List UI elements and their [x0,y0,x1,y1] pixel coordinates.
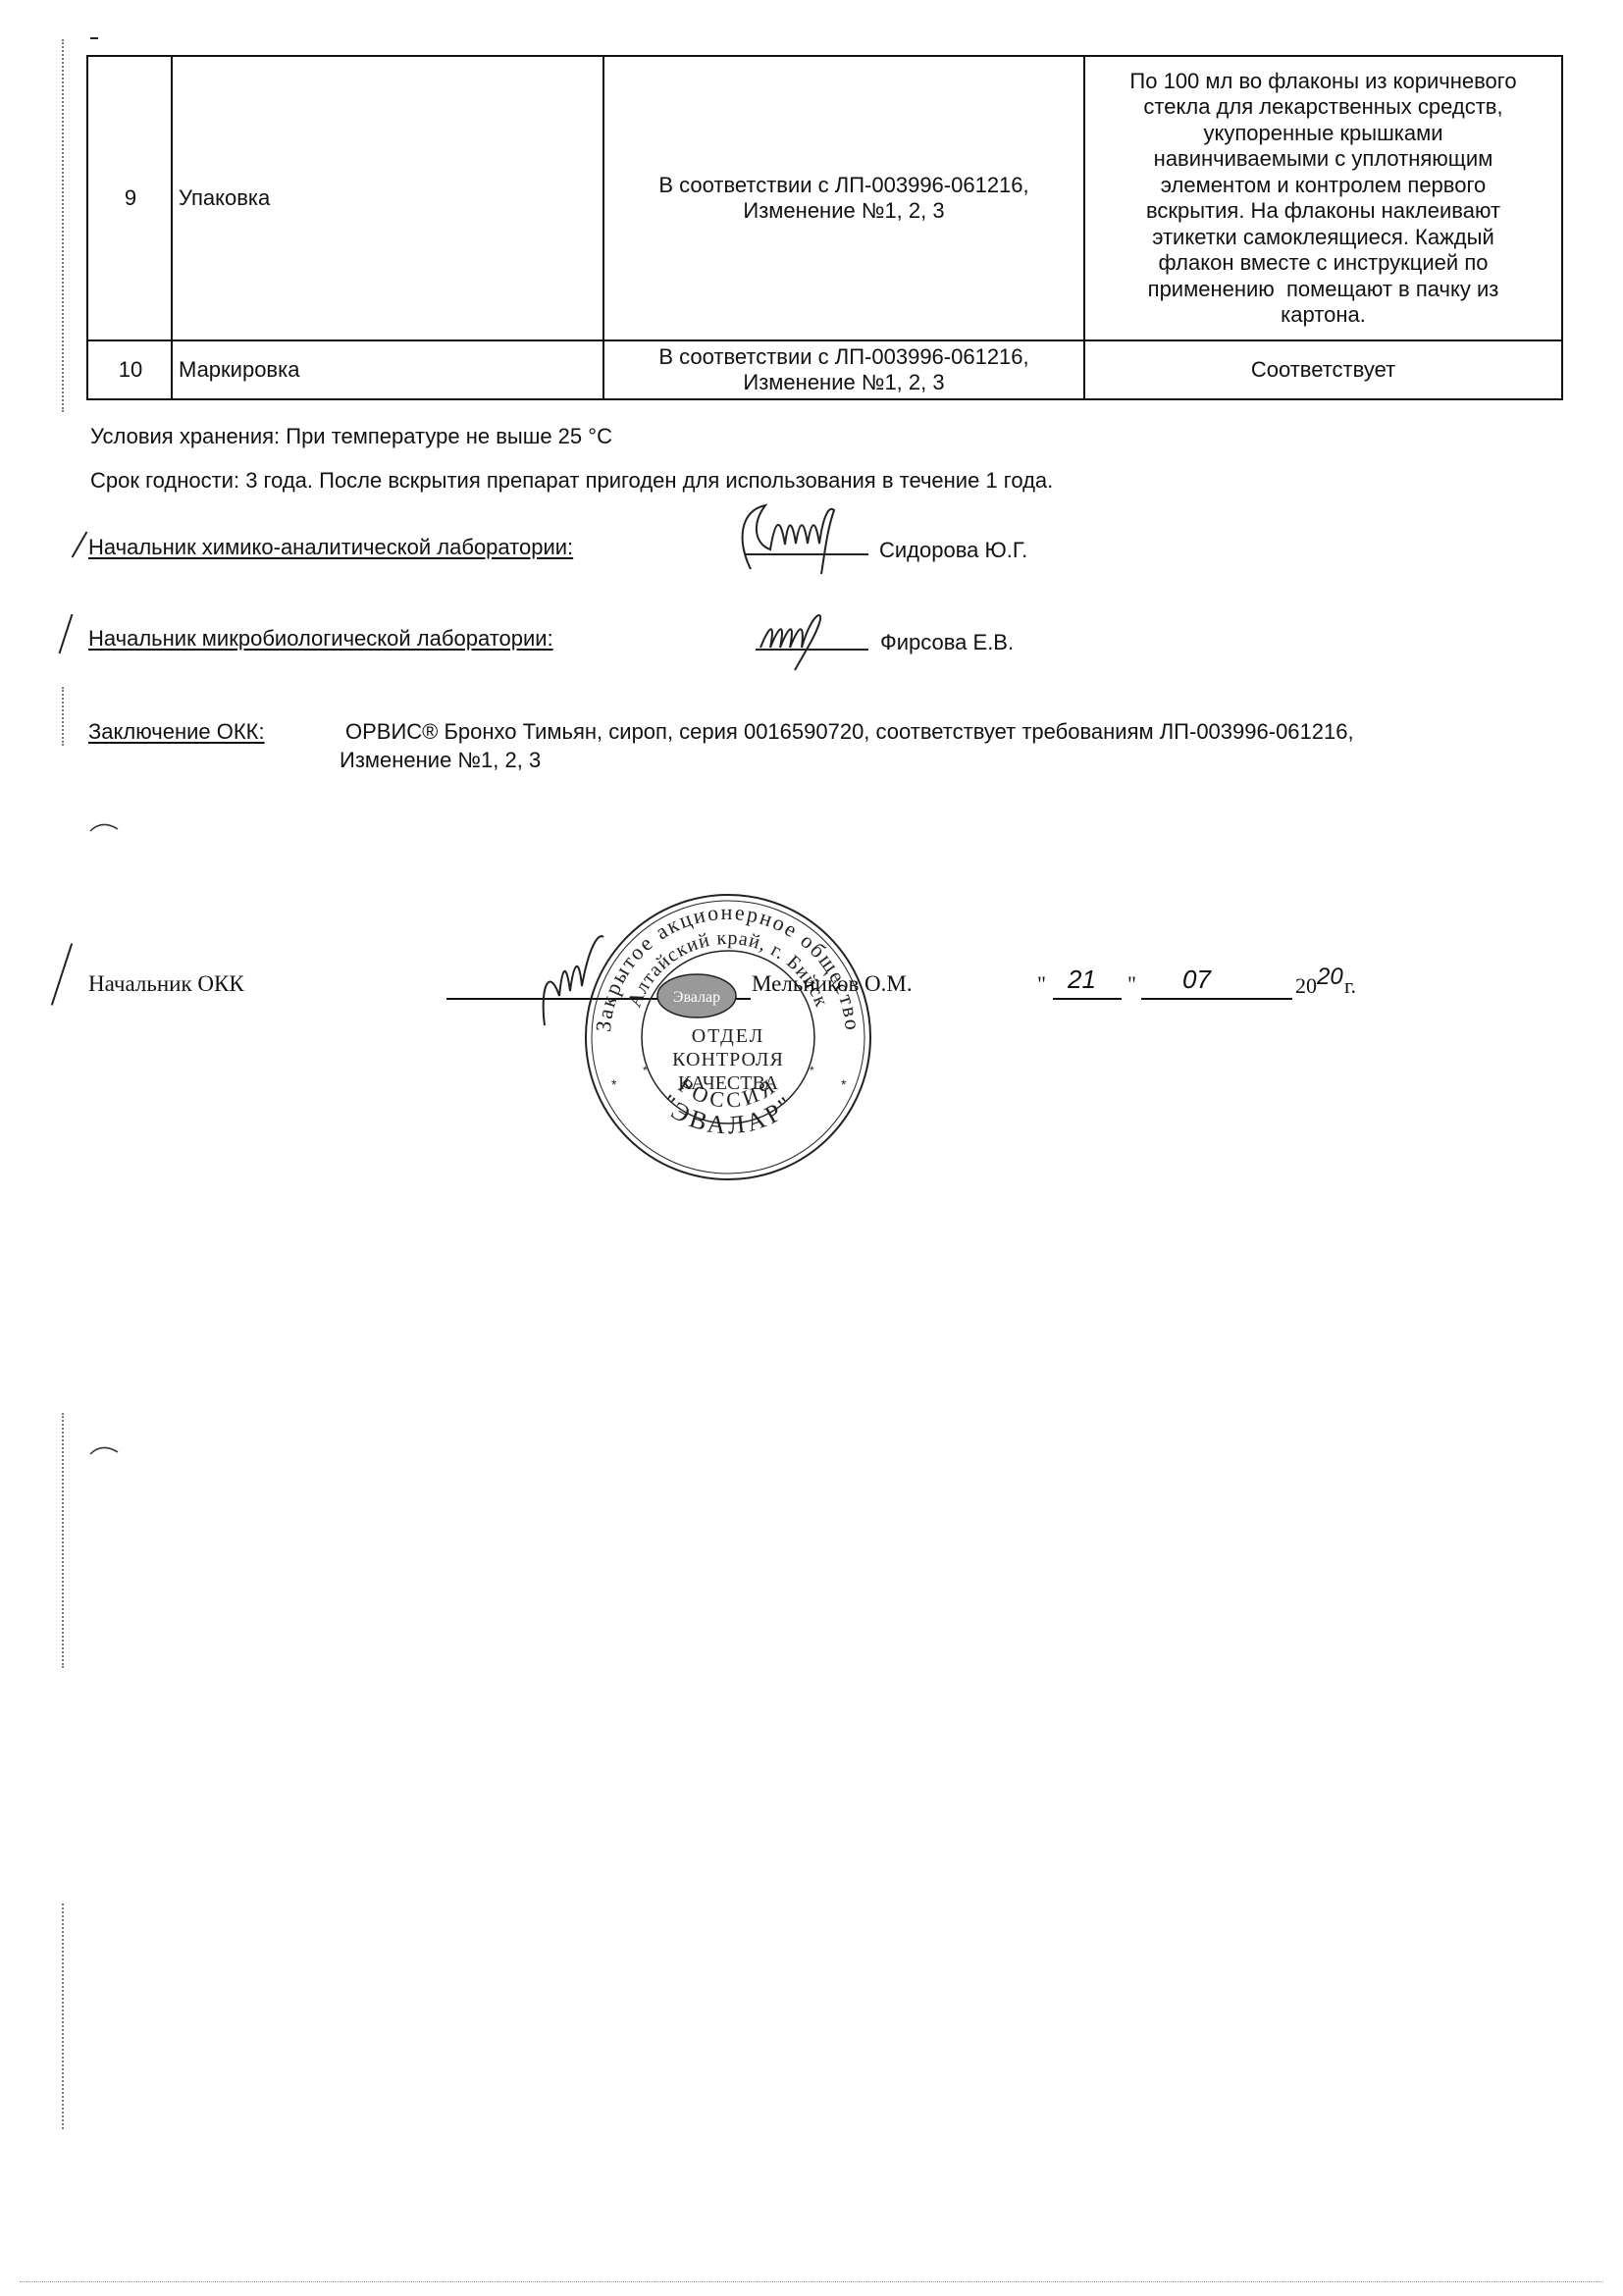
svg-text:Эвалар: Эвалар [673,989,720,1006]
date-year-suffix: 20 [1317,965,1343,990]
okk-head-name: Мельников О.М. [752,971,913,997]
result-line: флакон вместе с инструкцией по [1159,250,1489,277]
result-line: навинчиваемыми с уплотняющим [1154,146,1493,173]
table-row-name: Маркировка [173,341,602,398]
date-month-line [1141,998,1292,1000]
micro-lab-title: Начальник микробиологической лаборатории… [88,626,553,652]
result-line: По 100 мл во флаконы из коричневого [1129,69,1516,95]
result-line: вскрытия. На флаконы наклеивают [1146,198,1500,225]
margin-scan-line [62,1904,64,2129]
scan-bottom-line [20,2281,1603,2282]
svg-text:ОТДЕЛ: ОТДЕЛ [692,1025,765,1047]
results-table: 9 Упаковка В соответствии с ЛП-003996-06… [86,55,1563,400]
chem-lab-name: Сидорова Ю.Г. [879,538,1027,563]
requirement-line: В соответствии с ЛП-003996-061216, [658,344,1028,370]
result-line: этикетки самоклеящиеся. Каждый [1152,225,1494,251]
svg-text:КАЧЕСТВА: КАЧЕСТВА [678,1072,779,1094]
svg-text:*: * [643,1064,648,1077]
margin-scan-line [62,39,64,412]
result-line: укупоренные крышками [1203,121,1442,147]
svg-text:КОНТРОЛЯ: КОНТРОЛЯ [672,1049,784,1070]
result-line: применению помещают в пачку из [1148,277,1499,303]
result-line: элементом и контролем первого [1161,173,1487,199]
conclusion-line: Изменение №1, 2, 3 [340,748,541,773]
svg-text:*: * [810,1064,814,1077]
date-year-prefix: 20 [1295,973,1317,999]
margin-scan-line [62,687,64,746]
date-month: 07 [1182,966,1211,992]
table-row-requirement: В соответствии с ЛП-003996-061216, Измен… [604,341,1083,398]
result-line: картона. [1281,302,1366,329]
table-row-num: 9 [88,57,173,339]
result-line: стекла для лекарственных средств, [1143,94,1502,121]
storage-conditions: Условия хранения: При температуре не выш… [90,424,612,449]
date-day: 21 [1068,966,1096,992]
check-mark [72,532,88,558]
table-row-requirement: В соответствии с ЛП-003996-061216, Измен… [604,57,1083,339]
scan-arc [88,819,122,835]
signature-icon [535,927,613,1035]
shelf-life: Срок годности: 3 года. После вскрытия пр… [90,468,1053,494]
signature-icon [751,603,878,672]
margin-scan-line [62,1413,64,1668]
requirement-line: Изменение №1, 2, 3 [743,370,944,395]
okk-head-title: Начальник ОКК [88,971,244,997]
svg-text:Закрытое акционерное общество: Закрытое акционерное общество [591,900,865,1033]
scan-mark [90,37,98,39]
table-row-name: Упаковка [173,57,602,339]
scan-arc [88,1442,122,1458]
company-stamp: Закрытое акционерное общество Алтайский … [584,893,872,1181]
check-mark [59,614,74,654]
date-year-label: г. [1344,973,1356,999]
date-day-line [1053,998,1122,1000]
table-row-num: 10 [88,341,173,398]
signature-icon [731,500,878,579]
date-open-quote: " [1037,971,1046,997]
requirement-line: В соответствии с ЛП-003996-061216, [658,173,1028,198]
table-row-result: Соответствует [1085,341,1561,398]
chem-lab-title: Начальник химико-аналитической лаборатор… [88,535,573,560]
conclusion-line: ОРВИС® Бронхо Тимьян, сироп, серия 00165… [345,719,1354,745]
requirement-line: Изменение №1, 2, 3 [743,198,944,224]
svg-text:*: * [841,1076,847,1092]
svg-text:*: * [611,1076,617,1092]
micro-lab-name: Фирсова Е.В. [880,630,1014,655]
table-row-result: По 100 мл во флаконы из коричневого стек… [1085,57,1561,339]
date-close-quote: " [1127,971,1136,997]
conclusion-label: Заключение ОКК: [88,719,265,745]
check-mark [51,943,73,1005]
